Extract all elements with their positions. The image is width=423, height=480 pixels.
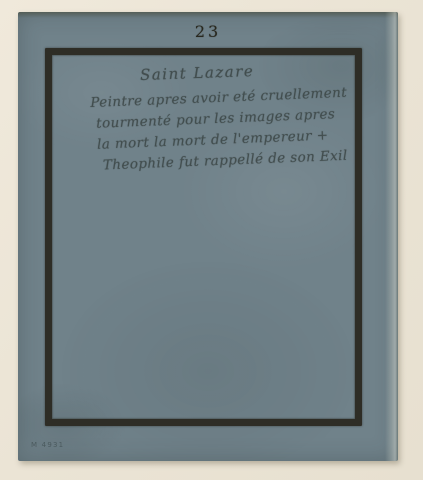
document-scan: 23 Saint Lazare Peintre apres avoir eté … bbox=[0, 0, 423, 480]
inventory-mark: M 4931 bbox=[31, 441, 64, 449]
paper-deckle-edge bbox=[385, 12, 398, 461]
manuscript-text-block: Peintre apres avoir eté cruellement tour… bbox=[90, 83, 350, 177]
page-number: 23 bbox=[178, 22, 238, 41]
album-sheet: 23 Saint Lazare Peintre apres avoir eté … bbox=[18, 12, 398, 461]
paper-top-edge bbox=[18, 12, 398, 18]
